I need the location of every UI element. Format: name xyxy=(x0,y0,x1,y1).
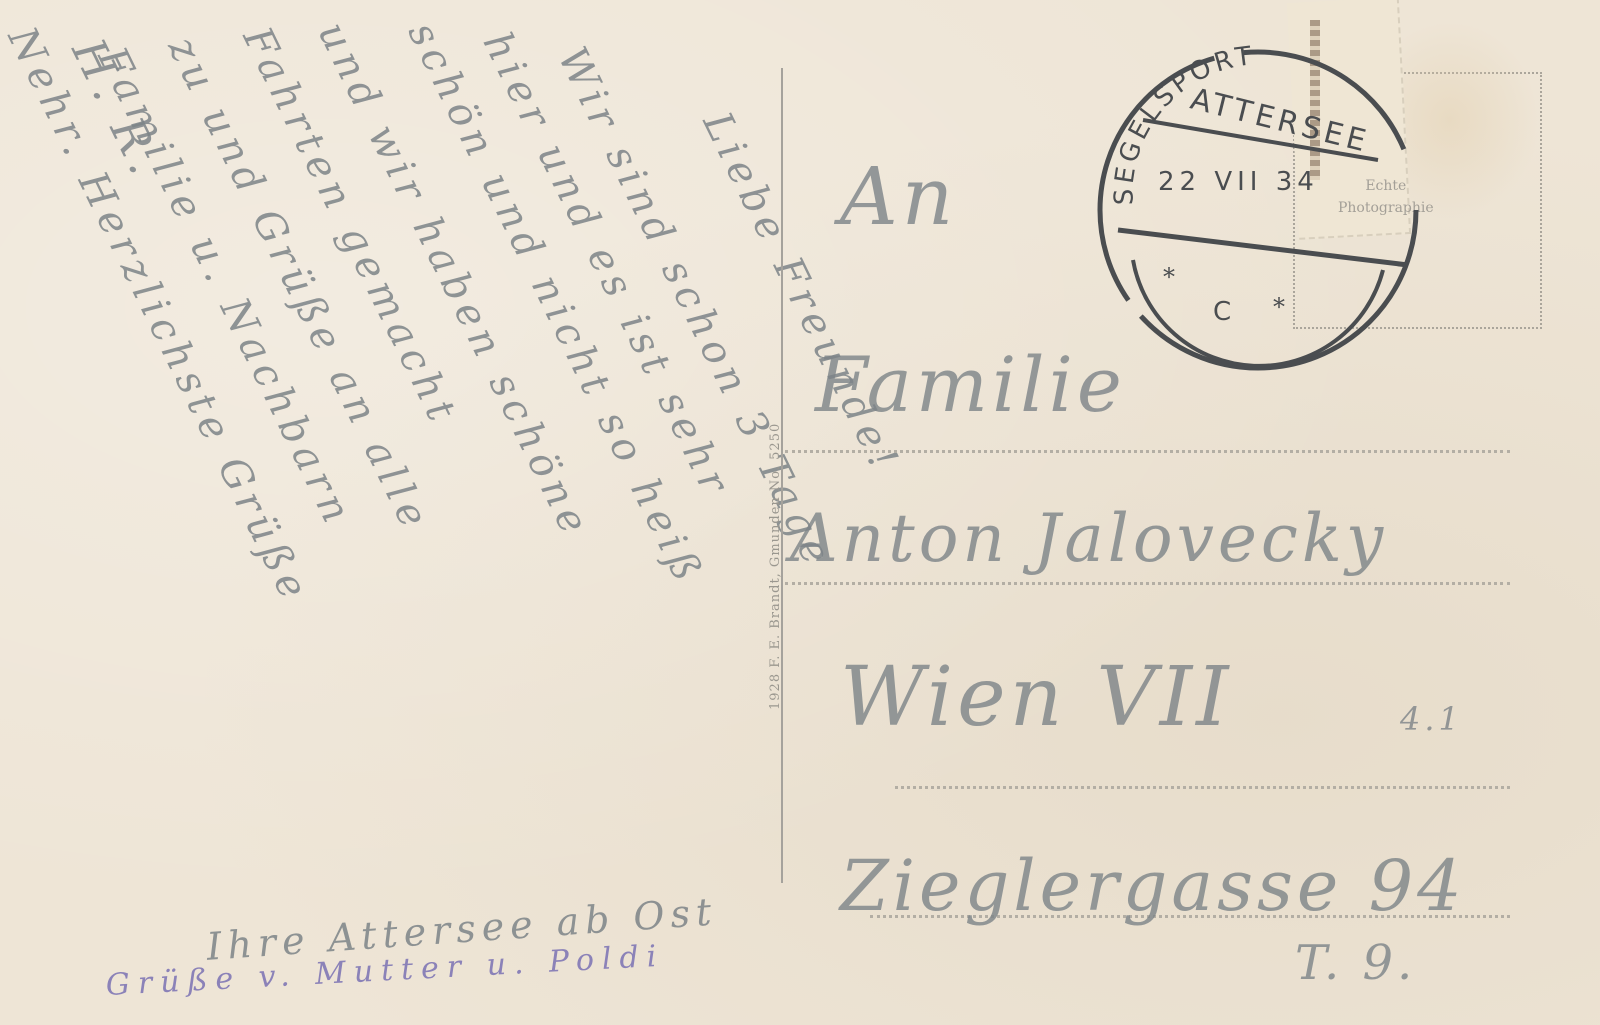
address-salutation: An xyxy=(840,150,957,243)
address-line-4: Zieglergasse 94 xyxy=(840,845,1466,927)
address-line-3: Wien VII xyxy=(840,650,1232,745)
address-rule xyxy=(895,786,1510,789)
postmark-code: C xyxy=(1213,297,1231,327)
address-district-note: 4.1 xyxy=(1400,700,1463,738)
address-line-2: Anton Jalovecky xyxy=(790,500,1387,577)
postcard-back: Liebe Freunde! Wir sind schon 3 Tage hie… xyxy=(0,0,1600,1025)
postmark-star-icon: * xyxy=(1163,263,1175,291)
publisher-imprint: 1928 F. E. Brandt, Gmunden No. 5250 xyxy=(768,423,783,710)
address-line-1: Familie xyxy=(815,340,1126,429)
postmark-place: ATTERSEE xyxy=(1187,82,1373,160)
address-rule xyxy=(785,582,1510,585)
address-rule xyxy=(785,450,1510,453)
postmark-date: 22 VII 34 xyxy=(1158,167,1319,197)
postmark: SEGELSPORT ATTERSEE 22 VII 34 C * * xyxy=(1088,20,1428,380)
address-line-5: T. 9. xyxy=(1295,935,1416,991)
postmark-star-icon: * xyxy=(1273,293,1285,321)
